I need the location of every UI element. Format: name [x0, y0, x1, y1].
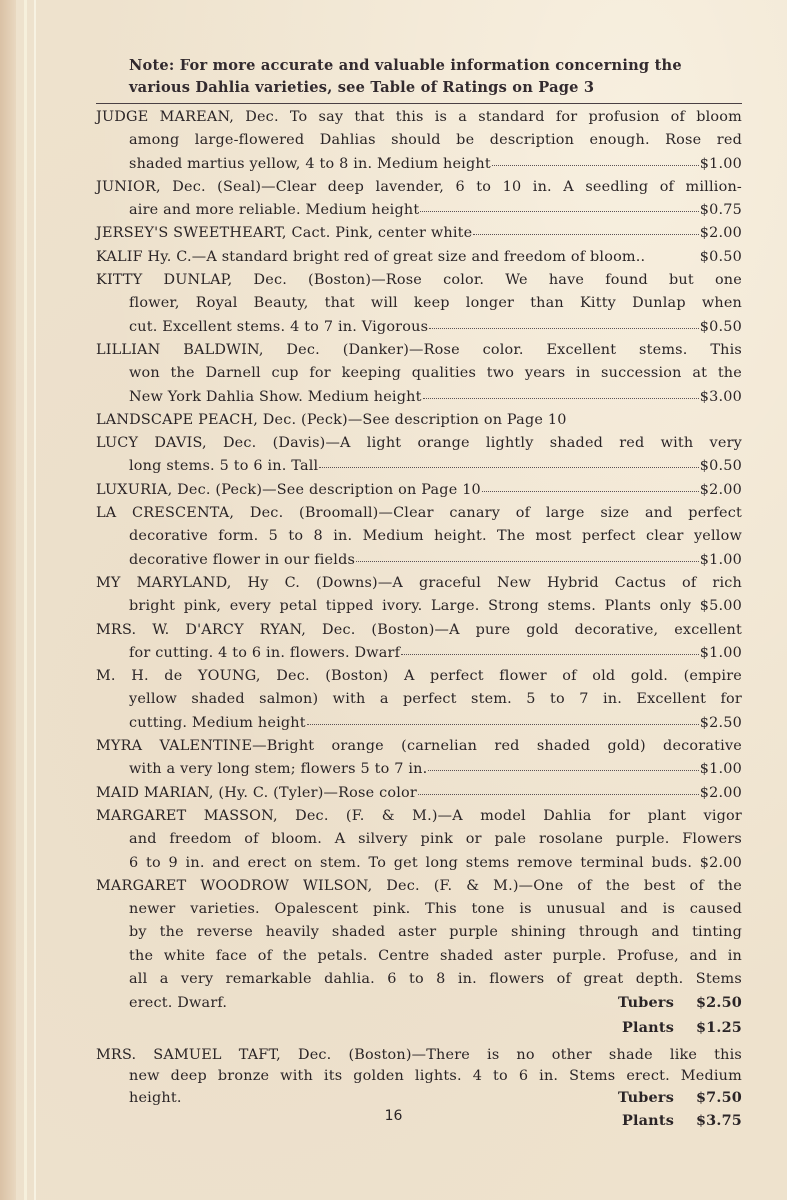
variety-entry-kalif: KALIF Hy. C.—A standard bright red of gr… — [96, 246, 742, 269]
entry-line: yellow shaded salmon) with a perfect ste… — [129, 688, 742, 711]
entry-line: shaded martius yellow, 4 to 8 in. Medium… — [129, 153, 491, 176]
entry-line: long stems. 5 to 6 in. Tall — [129, 455, 318, 478]
entry-line: decorative form. 5 to 8 in. Medium heigh… — [129, 525, 742, 548]
price: $2.00 — [700, 222, 742, 245]
catalog-page: Note: For more accurate and valuable inf… — [0, 0, 787, 1200]
price: $2.00 — [700, 479, 742, 502]
plants-label: Plants — [622, 1016, 674, 1039]
entry-line: MAID MARIAN, (Hy. C. (Tyler)—Rose color — [96, 782, 417, 805]
variety-entry-judge-marean: JUDGE MAREAN, Dec. To say that this is a… — [96, 106, 742, 176]
variety-entry-jerseys-sweetheart: JERSEY'S SWEETHEART, Cact. Pink, center … — [96, 222, 742, 245]
price: $0.50 — [700, 455, 742, 478]
variety-entry-maid-marian: MAID MARIAN, (Hy. C. (Tyler)—Rose color$… — [96, 782, 742, 805]
variety-entry-luxuria: LUXURIA, Dec. (Peck)—See description on … — [96, 479, 742, 502]
entry-line: MRS. SAMUEL TAFT, Dec. (Boston)—There is… — [96, 1045, 742, 1066]
entry-line: by the reverse heavily shaded aster purp… — [129, 921, 742, 944]
variety-entry-landscape-peach: LANDSCAPE PEACH, Dec. (Peck)—See descrip… — [96, 409, 742, 432]
entry-line: erect. Dwarf. — [129, 992, 618, 1015]
variety-entry-la-crescenta: LA CRESCENTA, Dec. (Broomall)—Clear cana… — [96, 502, 742, 572]
dot-leader — [307, 724, 699, 725]
entry-line: M. H. de YOUNG, Dec. (Boston) A perfect … — [96, 665, 742, 688]
entry-line: MARGARET WOODROW WILSON, Dec. (F. & M.)—… — [96, 875, 742, 898]
dot-leader — [356, 561, 699, 562]
entry-line: cut. Excellent stems. 4 to 7 in. Vigorou… — [129, 316, 428, 339]
price: $1.00 — [700, 642, 742, 665]
price: $1.00 — [700, 153, 742, 176]
tubers-price: $2.50 — [688, 991, 742, 1014]
plants-price: $1.25 — [688, 1016, 742, 1039]
entry-line: newer varieties. Opalescent pink. This t… — [129, 898, 742, 921]
variety-entry-margaret-masson: MARGARET MASSON, Dec. (F. & M.)—A model … — [96, 805, 742, 875]
entry-line: JUDGE MAREAN, Dec. To say that this is a… — [96, 106, 742, 129]
variety-entry-m-h-de-young: M. H. de YOUNG, Dec. (Boston) A perfect … — [96, 665, 742, 735]
price: $1.00 — [700, 758, 742, 781]
entry-line: the white face of the petals. Centre sha… — [129, 945, 742, 968]
entry-line: all a very remarkable dahlia. 6 to 8 in.… — [129, 968, 742, 991]
tubers-label: Tubers — [618, 991, 674, 1014]
entry-line: aire and more reliable. Medium height — [129, 199, 419, 222]
variety-entry-lillian-baldwin: LILLIAN BALDWIN, Dec. (Danker)—Rose colo… — [96, 339, 742, 409]
dot-leader — [482, 491, 699, 492]
spine-crease-2 — [34, 0, 36, 1200]
dot-leader — [401, 654, 699, 655]
tubers-price: $7.50 — [688, 1087, 742, 1108]
spine-crease — [24, 0, 27, 1200]
dot-leader — [428, 770, 698, 771]
ratings-note: Note: For more accurate and valuable inf… — [96, 55, 742, 99]
entry-line: MY MARYLAND, Hy C. (Downs)—A graceful Ne… — [96, 572, 742, 595]
entry-line: LUCY DAVIS, Dec. (Davis)—A light orange … — [96, 432, 742, 455]
entry-line: New York Dahlia Show. Medium height — [129, 386, 422, 409]
entry-line: decorative flower in our fields — [129, 549, 355, 572]
price: $3.00 — [700, 386, 742, 409]
entry-line: won the Darnell cup for keeping qualitie… — [129, 362, 742, 385]
catalog-content: Note: For more accurate and valuable inf… — [96, 55, 742, 1132]
variety-entry-kitty-dunlap: KITTY DUNLAP, Dec. (Boston)—Rose color. … — [96, 269, 742, 339]
dot-leader — [473, 234, 698, 235]
entry-line: LILLIAN BALDWIN, Dec. (Danker)—Rose colo… — [96, 339, 742, 362]
price: $1.00 — [700, 549, 742, 572]
entry-line: JERSEY'S SWEETHEART, Cact. Pink, center … — [96, 222, 472, 245]
entry-line: height. — [129, 1088, 618, 1109]
dot-leader — [420, 211, 698, 212]
tubers-label: Tubers — [618, 1087, 674, 1108]
entry-line: MYRA VALENTINE—Bright orange (carnelian … — [96, 735, 742, 758]
spine-stain — [0, 0, 16, 1200]
entry-line: among large-flowered Dahlias should be d… — [129, 129, 742, 152]
entry-line: LA CRESCENTA, Dec. (Broomall)—Clear cana… — [96, 502, 742, 525]
entry-line: bright pink, every petal tipped ivory. L… — [129, 595, 742, 618]
entry-line: for cutting. 4 to 6 in. flowers. Dwarf — [129, 642, 400, 665]
note-line-1: Note: For more accurate and valuable inf… — [129, 55, 742, 77]
dot-leader — [492, 165, 699, 166]
note-divider — [96, 103, 742, 104]
variety-entry-junior: JUNIOR, Dec. (Seal)—Clear deep lavender,… — [96, 176, 742, 223]
entry-line: LANDSCAPE PEACH, Dec. (Peck)—See descrip… — [96, 409, 567, 432]
entry-line: JUNIOR, Dec. (Seal)—Clear deep lavender,… — [96, 176, 742, 199]
variety-entry-myra-valentine: MYRA VALENTINE—Bright orange (carnelian … — [96, 735, 742, 782]
entry-line: MRS. W. D'ARCY RYAN, Dec. (Boston)—A pur… — [96, 619, 742, 642]
entry-line: flower, Royal Beauty, that will keep lon… — [129, 292, 742, 315]
entry-line: MARGARET MASSON, Dec. (F. & M.)—A model … — [96, 805, 742, 828]
entry-line: and freedom of bloom. A silvery pink or … — [129, 828, 742, 851]
dot-leader — [319, 467, 698, 468]
dot-leader — [418, 794, 699, 795]
entry-line: KALIF Hy. C.—A standard bright red of gr… — [96, 246, 645, 269]
price: $0.50 — [700, 246, 742, 269]
entry-line: KITTY DUNLAP, Dec. (Boston)—Rose color. … — [96, 269, 742, 292]
price: $2.00 — [700, 782, 742, 805]
variety-entry-margaret-woodrow-wilson: MARGARET WOODROW WILSON, Dec. (F. & M.)—… — [96, 875, 742, 1039]
entry-line: 6 to 9 in. and erect on stem. To get lon… — [129, 852, 742, 875]
variety-entry-mrs-w-darcy-ryan: MRS. W. D'ARCY RYAN, Dec. (Boston)—A pur… — [96, 619, 742, 666]
price: $0.75 — [700, 199, 742, 222]
dot-leader — [423, 398, 699, 399]
price: $0.50 — [700, 316, 742, 339]
page-number: 16 — [0, 1108, 787, 1124]
note-line-2: various Dahlia varieties, see Table of R… — [129, 77, 742, 99]
variety-entry-my-maryland: MY MARYLAND, Hy C. (Downs)—A graceful Ne… — [96, 572, 742, 619]
entry-line: new deep bronze with its golden lights. … — [129, 1066, 742, 1087]
entry-line: with a very long stem; flowers 5 to 7 in… — [129, 758, 427, 781]
dot-leader — [429, 328, 699, 329]
price: $2.50 — [700, 712, 742, 735]
variety-entry-lucy-davis: LUCY DAVIS, Dec. (Davis)—A light orange … — [96, 432, 742, 479]
entry-line: cutting. Medium height — [129, 712, 306, 735]
entry-line: LUXURIA, Dec. (Peck)—See description on … — [96, 479, 481, 502]
